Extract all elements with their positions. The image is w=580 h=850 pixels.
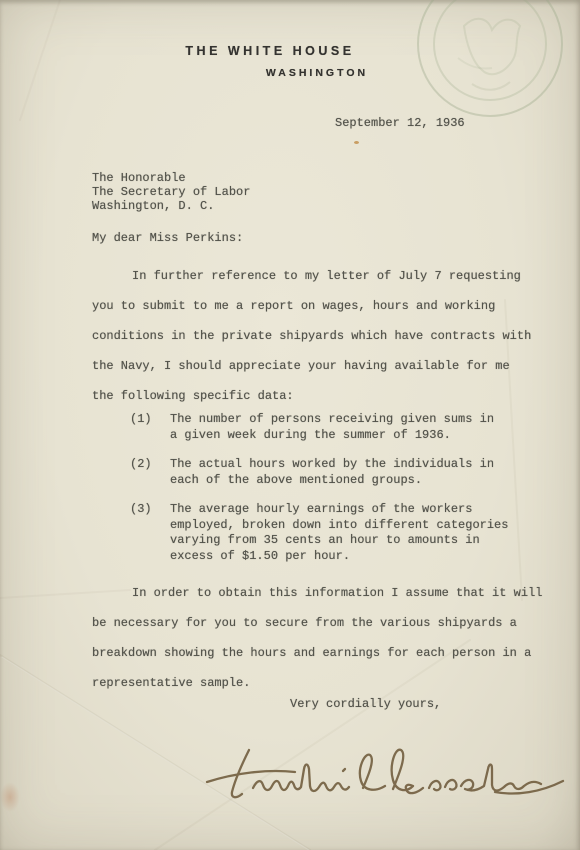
closing-phrase: Very cordially yours, [290,697,441,711]
list-item-3: (3) The average hourly earnings of the w… [130,502,550,564]
recipient-line: The Honorable [92,171,186,185]
list-item-text: The average hourly earnings of the worke… [170,502,550,564]
recipient-address: The Honorable The Secretary of Labor Was… [92,171,250,213]
ink-fleck [354,141,359,144]
numbered-list: (1) The number of persons receiving give… [130,412,550,578]
signature-handwriting [195,736,570,821]
body-paragraph-1: In further reference to my letter of Jul… [92,261,544,411]
list-item-number: (3) [130,502,170,564]
salutation: My dear Miss Perkins: [92,231,243,245]
letter-page: THE WHITE HOUSE WASHINGTON September 12,… [0,0,580,850]
list-item-2: (2) The actual hours worked by the indiv… [130,457,550,488]
body-paragraph-2: In order to obtain this information I as… [92,578,544,698]
letterhead-line2: WASHINGTON [266,67,368,79]
list-item-text: The number of persons receiving given su… [170,412,550,443]
list-item-number: (1) [130,412,170,443]
letterhead-line1: THE WHITE HOUSE [185,44,354,58]
recipient-line: The Secretary of Labor [92,185,250,199]
list-item-text: The actual hours worked by the individua… [170,457,550,488]
list-item-number: (2) [130,457,170,488]
recipient-line: Washington, D. C. [92,199,214,213]
list-item-1: (1) The number of persons receiving give… [130,412,550,443]
paper-stain [0,782,20,812]
letter-date: September 12, 1936 [335,116,465,130]
